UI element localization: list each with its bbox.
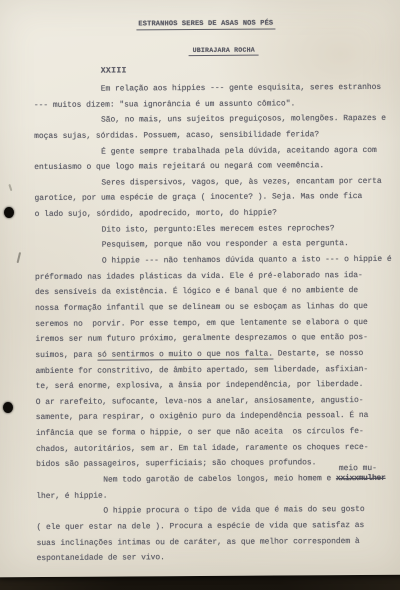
typed-text: garotice, por uma espécie de graça ( ino… <box>34 192 362 203</box>
underlined-phrase: só sentirmos o muito o que nos falta. <box>97 349 273 361</box>
typed-text: infância que se forma o hippie, o ser qu… <box>36 427 364 438</box>
typed-text: bidos são passageiros, superficiais; são… <box>36 459 316 470</box>
pencil-mark <box>8 184 12 191</box>
typed-text: lher, é hippie. <box>36 491 107 500</box>
typed-text: espontaneidade de ser vivo. <box>37 553 165 563</box>
typed-text: O hippie --- não tenhamos dúvida quanto … <box>102 255 392 266</box>
chapter-number: XXIII <box>101 66 127 75</box>
typed-text: moças sujas, sórdidas. Possuem, acaso, s… <box>34 130 319 141</box>
typed-text: o lado sujo, sórdido, apodrecido, morto,… <box>35 209 277 219</box>
pencil-mark <box>17 252 22 263</box>
inserted-text: meio mu- <box>339 461 377 477</box>
typed-text: Dito isto, pergunto:Eles merecem estes r… <box>102 224 335 234</box>
photo-background: ESTRANHOS SERES DE ASAS NOS PÉS UBIRAJAR… <box>0 0 400 590</box>
typed-text: --- muitos dizem: "sua ignorância é um a… <box>34 99 295 110</box>
typed-correction: meio mu-xxixxmulher <box>336 471 386 487</box>
typed-text: É gente sempre trabalhada pela dúvida, a… <box>101 145 377 156</box>
typed-text: te, será enorme, explosiva, a ânsia por … <box>36 380 364 391</box>
author-byline: UBIRAJARA ROCHA <box>189 47 259 56</box>
typed-text: suimos, para <box>35 351 97 360</box>
document-title: ESTRANHOS SERES DE ASAS NOS PÉS <box>136 20 275 31</box>
typed-text: Em relação aos hippies --- gente esquisi… <box>101 83 381 94</box>
typed-text: iremos ser num futuro próximo, geralment… <box>35 333 368 344</box>
typed-text: O hippie procura o tipo de vida que é ma… <box>103 505 364 516</box>
typed-text: seremos no porvir. Por esse tempo, em qu… <box>35 318 368 329</box>
typed-text: O ar rarefeito, sufocante, leva-nos a an… <box>36 396 364 407</box>
hole-punch <box>4 207 14 218</box>
typed-text: São, no mais, uns sujeitos preguiçosos, … <box>101 114 386 125</box>
typed-line: espontaneidade de ser vivo. <box>37 549 394 567</box>
typed-text: Nem todo garotão de cabelos longos, meio… <box>103 474 336 484</box>
typed-text-body: Em relação aos hippies --- gente esquisi… <box>34 80 394 567</box>
typed-text: chados, autoritários, sem ar. Em tal ida… <box>36 443 369 454</box>
typed-text: nossa formação infantil que se delineam … <box>35 302 368 313</box>
typed-text: des sensíveis da existência. É lógico e … <box>35 286 358 297</box>
typed-text: suas inclinações intimas ou de caráter, … <box>37 537 360 548</box>
typed-text: entusiasmo o que logo mais rejeitará ou … <box>34 161 324 172</box>
typed-text: ambiente for constritivo, de âmbito aper… <box>35 365 368 376</box>
typed-text: Seres dispersivos, vagos, que, às vezes,… <box>101 177 381 188</box>
typed-text: Pesquisem, porque não vou responder a es… <box>102 239 349 250</box>
typed-text: préformado nas idades plásticas da vida.… <box>35 271 363 282</box>
document-page: ESTRANHOS SERES DE ASAS NOS PÉS UBIRAJAR… <box>0 0 400 577</box>
typed-text: samente, para respirar, o oxigênio puro … <box>36 411 369 422</box>
hole-punch <box>3 402 13 413</box>
typed-text: Destarte, se nosso <box>273 349 363 359</box>
typed-text: ( ele quer estar na dele ). Procura a es… <box>36 521 364 532</box>
